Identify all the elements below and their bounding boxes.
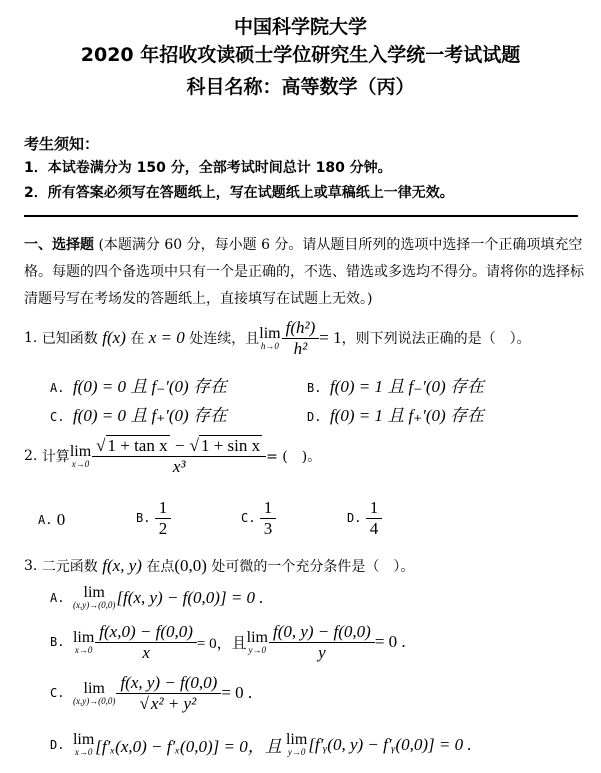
exam-title: 2020 年招收攻读硕士学位研究生入学统一考试试题 [0, 40, 601, 67]
notice-heading: 考生须知： [24, 133, 99, 154]
limit-operator: lim (x,y)→(0,0) [73, 681, 115, 707]
option-3a[interactable]: A. lim (x,y)→(0,0) [f(x, y) − f(0,0)] = … [50, 585, 264, 611]
lim-word: lim [73, 732, 94, 748]
option-text: f(0) = 1 且 f₋′(0) 存在 [330, 377, 484, 396]
option-2d[interactable]: D. 14 [347, 498, 382, 539]
subject-title: 科目名称：高等数学（丙） [0, 72, 601, 99]
lim-subscript: x→0 [75, 748, 93, 758]
denominator: y [269, 642, 375, 663]
option-label: B. [136, 511, 150, 525]
question-text: 计算 [42, 446, 70, 466]
option-2a[interactable]: A. 0 [38, 505, 65, 535]
limit-operator: lim x→0 [73, 630, 94, 656]
option-1a[interactable]: A. f(0) = 0 且 f₋′(0) 存在 [50, 372, 227, 397]
fraction: √1 + tan x − √1 + sin x x³ [94, 436, 264, 477]
lim-word: lim [70, 444, 91, 460]
option-text: f(0) = 0 且 f₋′(0) 存在 [73, 377, 227, 396]
fraction: f(h²) h² [284, 318, 318, 359]
option-label: B. [307, 381, 321, 395]
fraction: 13 [262, 498, 275, 539]
limit-operator: lim (x,y)→(0,0) [73, 585, 115, 611]
lim-subscript: x→0 [75, 646, 93, 656]
option-2c[interactable]: C. 13 [241, 498, 276, 539]
limit-operator: lim h→0 [259, 326, 280, 352]
option-label: A. [50, 381, 64, 395]
lim-subscript: y→0 [249, 646, 267, 656]
denominator: h² [282, 338, 320, 359]
fraction: 14 [368, 498, 381, 539]
option-expr: [f′ᵧ(0, y) − f′ᵧ(0,0)] = 0 . [308, 735, 471, 755]
numerator: 1 [157, 498, 170, 518]
section-instructions-line-1: 一、选择题 (本题满分 60 分，每小题 6 分。请从题目所列的选项中选择一个正… [24, 234, 582, 254]
notice-item-1: 1．本试卷满分为 150 分，全部考试时间总计 180 分钟。 [24, 157, 392, 177]
numerator: √1 + tan x − √1 + sin x [94, 436, 264, 456]
lim-word: lim [259, 326, 280, 342]
lim-subscript: h→0 [261, 342, 279, 352]
math-expr: (0,0) [174, 556, 207, 576]
sqrt-content: 1 + tan x [106, 435, 170, 455]
minus-sign: − [174, 436, 185, 455]
section-instructions-line-3: 清题号写在考场发的答题纸上，直接填写在试题上无效。) [24, 288, 372, 308]
question-text: ，则下列说法正确的是（ ）。 [342, 328, 531, 348]
section-instructions-line-2: 格。每题的四个备选项中只有一个是正确的，不选、错选或多选均不得分。请将你的选择标 [24, 261, 584, 281]
option-label: A. [50, 591, 64, 605]
math-expr: = 1 [319, 328, 341, 348]
question-text: 处连续，且 [189, 328, 259, 348]
option-1c[interactable]: C. f(0) = 0 且 f₊′(0) 存在 [50, 401, 227, 426]
option-1b[interactable]: B. f(0) = 1 且 f₋′(0) 存在 [307, 372, 484, 397]
fraction: f(0, y) − f(0,0)y [271, 622, 373, 663]
option-expr: [f(x, y) − f(0,0)] = 0 . [116, 588, 263, 608]
option-label: C. [241, 511, 255, 525]
sqrt-content: x² + y² [149, 693, 198, 713]
numerator: 1 [262, 498, 275, 518]
university-name: 中国科学院大学 [0, 12, 601, 39]
lim-subscript: y→0 [288, 748, 306, 758]
option-text: f(0) = 0 且 f₊′(0) 存在 [73, 406, 227, 425]
numerator: f(0, y) − f(0,0) [271, 622, 373, 642]
question-text: 二元函数 [42, 556, 98, 576]
denominator: 2 [155, 518, 172, 539]
lim-subscript: (x,y)→(0,0) [73, 697, 115, 707]
option-label: B. [50, 635, 64, 649]
denominator: x [95, 642, 197, 663]
question-number: 1. [24, 330, 37, 346]
option-2b[interactable]: B. 12 [136, 498, 171, 539]
question-number: 3. [24, 558, 37, 574]
question-1: 1. 已知函数 f(x) 在 x = 0 处连续，且 lim h→0 f(h²)… [24, 318, 531, 359]
lim-subscript: (x,y)→(0,0) [73, 601, 115, 611]
question-text: 已知函数 [42, 328, 98, 348]
option-label: C. [50, 410, 64, 424]
option-label: D. [307, 410, 321, 424]
lim-subscript: x→0 [72, 460, 90, 470]
lim-word: lim [247, 630, 268, 646]
option-expr: [f′ₓ(x,0) − f′ₓ(0,0)] = 0，且 [95, 732, 281, 757]
option-text: f(0) = 1 且 f₊′(0) 存在 [330, 406, 484, 425]
math-expr: x = 0 [149, 328, 185, 348]
limit-operator: lim x→0 [73, 732, 94, 758]
option-label: D. [50, 738, 64, 752]
option-label: C. [50, 686, 64, 700]
sqrt-content: 1 + sin x [199, 435, 262, 455]
option-1d[interactable]: D. f(0) = 1 且 f₊′(0) 存在 [307, 401, 484, 426]
numerator: f(h²) [284, 318, 318, 338]
question-2: 2. 计算 lim x→0 √1 + tan x − √1 + sin x x³… [24, 436, 321, 477]
question-text: 在点 [146, 556, 174, 576]
numerator: f(x,0) − f(0,0) [97, 622, 195, 642]
fraction: 12 [157, 498, 170, 539]
option-expr: = 0 . [221, 683, 252, 703]
section-instructions-1: (本题满分 60 分，每小题 6 分。请从题目所列的选项中选择一个正确项填充空 [98, 237, 582, 253]
option-3d[interactable]: D. lim x→0 [f′ₓ(x,0) − f′ₓ(0,0)] = 0，且 l… [50, 732, 472, 758]
limit-operator: lim x→0 [70, 444, 91, 470]
lim-word: lim [286, 732, 307, 748]
question-3: 3. 二元函数 f(x, y) 在点 (0,0) 处可微的一个充分条件是（ ）。 [24, 556, 414, 576]
question-number: 2. [24, 448, 37, 464]
limit-operator: lim y→0 [247, 630, 268, 656]
fraction: f(x,0) − f(0,0)x [97, 622, 195, 663]
denominator: 3 [260, 518, 277, 539]
divider-line [24, 215, 578, 217]
math-expr: f(x, y) [102, 556, 142, 576]
question-text: = ( )。 [266, 446, 321, 466]
option-expr: = 0，且 [197, 632, 247, 653]
option-value: 0 [57, 510, 66, 530]
numerator: f(x, y) − f(0,0) [118, 673, 219, 693]
fraction: f(x, y) − f(0,0) √x² + y² [118, 673, 219, 714]
math-expr: f(x) [102, 328, 126, 348]
denominator: x³ [92, 456, 266, 477]
limit-operator: lim y→0 [286, 732, 307, 758]
option-label: A. [38, 513, 52, 527]
option-3c[interactable]: C. lim (x,y)→(0,0) f(x, y) − f(0,0) √x² … [50, 673, 252, 714]
lim-word: lim [73, 630, 94, 646]
lim-word: lim [84, 681, 105, 697]
section-heading: 一、选择题 [24, 237, 94, 253]
notice-item-2: 2．所有答案必须写在答题纸上，写在试题纸上或草稿纸上一律无效。 [24, 182, 454, 202]
option-expr: = 0 . [375, 632, 406, 652]
denominator: 4 [366, 518, 383, 539]
lim-word: lim [84, 585, 105, 601]
question-text: 在 [130, 328, 144, 348]
numerator: 1 [368, 498, 381, 518]
option-label: D. [347, 511, 361, 525]
option-3b[interactable]: B. lim x→0 f(x,0) − f(0,0)x = 0，且 lim y→… [50, 622, 406, 663]
denominator: √x² + y² [116, 693, 221, 714]
question-text: 处可微的一个充分条件是（ ）。 [211, 556, 414, 576]
